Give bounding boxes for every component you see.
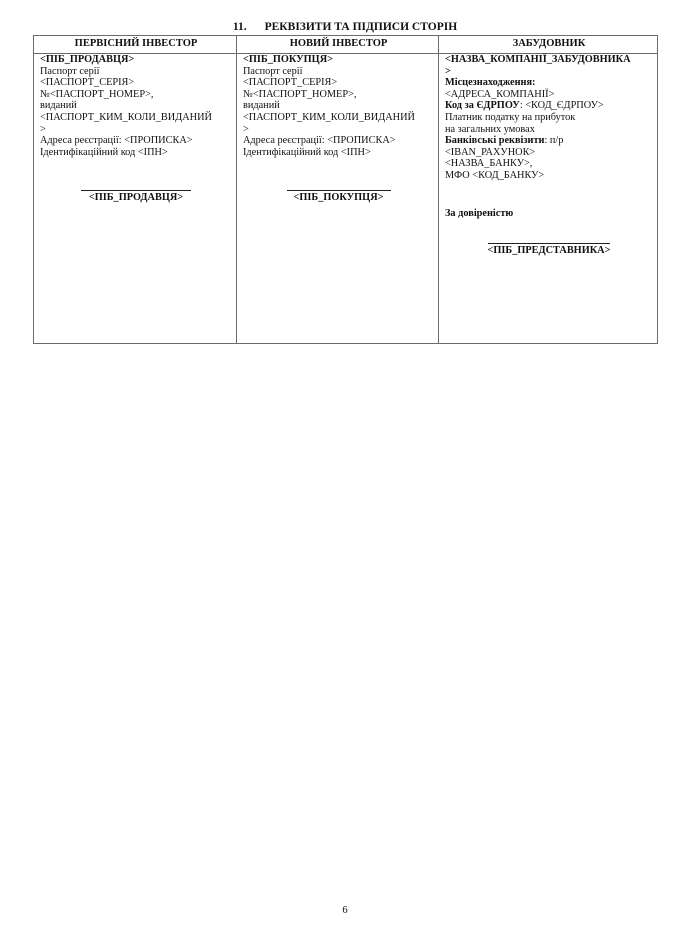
signature-line — [488, 243, 610, 244]
company-address: <АДРЕСА_КОМПАНІЇ> — [445, 89, 653, 101]
section-heading: РЕКВІЗИТИ ТА ПІДПИСИ СТОРІН — [265, 21, 458, 33]
header-developer: ЗАБУДОВНИК — [439, 36, 658, 54]
bank-details-label: Банківські реквізити — [445, 135, 544, 146]
edrpou-label: Код за ЄДРПОУ — [445, 100, 520, 111]
signature-line — [287, 190, 391, 191]
passport-label: Паспорт серії — [40, 66, 232, 78]
edrpou-value: : <КОД_ЄДРПОУ> — [520, 100, 604, 111]
signature-name: <ПІБ_ПРЕДСТАВНИКА> — [445, 245, 653, 257]
signature-block: <ПІБ_ПОКУПЦЯ> — [243, 190, 434, 204]
initial-investor-cell: <ПІБ_ПРОДАВЦЯ> Паспорт серії <ПАСПОРТ_СЕ… — [34, 54, 237, 344]
passport-number: №<ПАСПОРТ_НОМЕР>, — [40, 89, 232, 101]
header-row: ПЕРВІСНИЙ ІНВЕСТОР НОВИЙ ІНВЕСТОР ЗАБУДО… — [34, 36, 658, 54]
header-initial-investor: ПЕРВІСНИЙ ІНВЕСТОР — [34, 36, 237, 54]
bank-details-value: : п/р — [544, 135, 563, 146]
tax-status-line-1: Платник податку на прибуток — [445, 112, 653, 124]
location-label: Місцезнаходження: — [445, 77, 653, 89]
bank-name: <НАЗВА_БАНКУ>, — [445, 158, 653, 170]
tax-id: Ідентифікаційний код <ІПН> — [243, 147, 434, 159]
issued-label: виданий — [243, 100, 434, 112]
signature-block: <ПІБ_ПРЕДСТАВНИКА> — [445, 243, 653, 257]
section-title: 11.РЕКВІЗИТИ ТА ПІДПИСИ СТОРІН — [0, 21, 690, 34]
tax-id: Ідентифікаційний код <ІПН> — [40, 147, 232, 159]
section-number: 11. — [233, 21, 247, 34]
issued-by-end: > — [243, 124, 434, 136]
issued-by-end: > — [40, 124, 232, 136]
edrpou-line: Код за ЄДРПОУ: <КОД_ЄДРПОУ> — [445, 100, 653, 112]
issued-label: виданий — [40, 100, 232, 112]
signature-name: <ПІБ_ПОКУПЦЯ> — [243, 192, 434, 204]
details-row: <ПІБ_ПРОДАВЦЯ> Паспорт серії <ПАСПОРТ_СЕ… — [34, 54, 658, 344]
iban: <IBAN_РАХУНОК> — [445, 147, 653, 159]
new-investor-cell: <ПІБ_ПОКУПЦЯ> Паспорт серії <ПАСПОРТ_СЕР… — [237, 54, 439, 344]
signature-name: <ПІБ_ПРОДАВЦЯ> — [40, 192, 232, 204]
mfo: МФО <КОД_БАНКУ> — [445, 170, 653, 182]
passport-label: Паспорт серії — [243, 66, 434, 78]
developer-name-end: > — [445, 66, 653, 78]
passport-series: <ПАСПОРТ_СЕРІЯ> — [243, 77, 434, 89]
developer-name: <НАЗВА_КОМПАНІЇ_ЗАБУДОВНИКА — [445, 54, 653, 66]
bank-details-line: Банківські реквізити: п/р — [445, 135, 653, 147]
signature-block: <ПІБ_ПРОДАВЦЯ> — [40, 190, 232, 204]
new-investor-name: <ПІБ_ПОКУПЦЯ> — [243, 54, 434, 66]
requisites-table: ПЕРВІСНИЙ ІНВЕСТОР НОВИЙ ІНВЕСТОР ЗАБУДО… — [33, 35, 658, 344]
issued-by: <ПАСПОРТ_КИМ_КОЛИ_ВИДАНИЙ — [40, 112, 232, 124]
initial-investor-name: <ПІБ_ПРОДАВЦЯ> — [40, 54, 232, 66]
passport-series: <ПАСПОРТ_СЕРІЯ> — [40, 77, 232, 89]
developer-cell: <НАЗВА_КОМПАНІЇ_ЗАБУДОВНИКА > Місцезнахо… — [439, 54, 658, 344]
issued-by: <ПАСПОРТ_КИМ_КОЛИ_ВИДАНИЙ — [243, 112, 434, 124]
page-number: 6 — [0, 905, 690, 916]
header-new-investor: НОВИЙ ІНВЕСТОР — [237, 36, 439, 54]
registration-address: Адреса реєстрації: <ПРОПИСКА> — [40, 135, 232, 147]
passport-number: №<ПАСПОРТ_НОМЕР>, — [243, 89, 434, 101]
signature-line — [81, 190, 191, 191]
registration-address: Адреса реєстрації: <ПРОПИСКА> — [243, 135, 434, 147]
tax-status-line-2: на загальних умовах — [445, 124, 653, 136]
proxy-label: За довіреністю — [445, 208, 653, 220]
